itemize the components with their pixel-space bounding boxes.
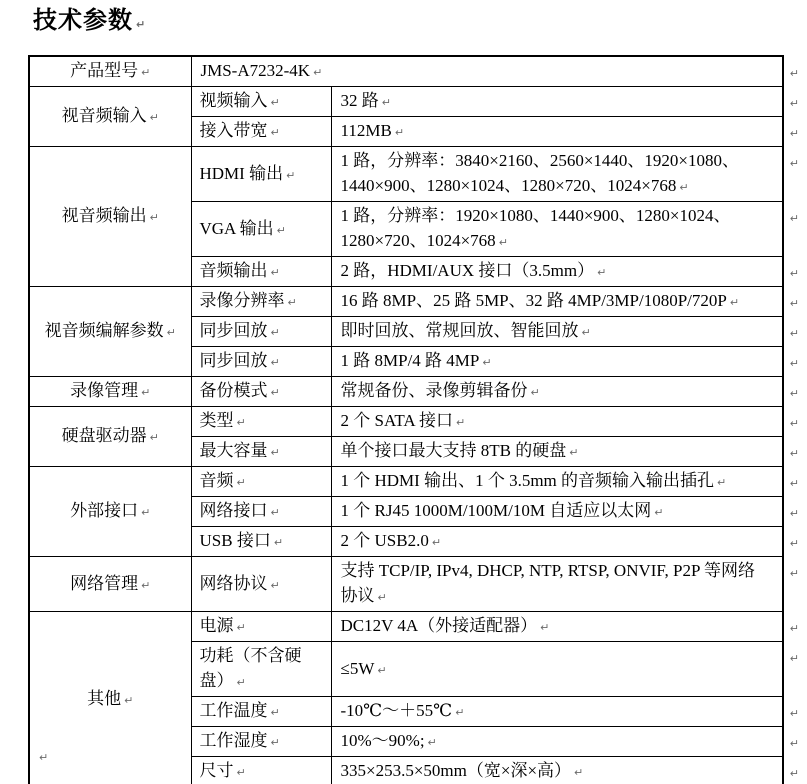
paragraph-mark-icon: ↵ — [271, 356, 280, 369]
param-cell: 音频输出↵ — [191, 257, 331, 287]
value-text: 32 路 — [341, 91, 379, 110]
paragraph-mark-icon: ↵ — [395, 126, 404, 139]
category-cell: 外部接口↵ — [29, 467, 191, 557]
value-text: 常规备份、录像剪辑备份 — [341, 381, 528, 400]
paragraph-mark-icon: ↵ — [540, 621, 549, 634]
table-row: 外部接口↵ 音频↵ 1 个 HDMI 输出、1 个 3.5mm 的音频输入输出插… — [29, 467, 783, 497]
paragraph-mark-icon: ↵ — [141, 506, 150, 519]
category-label: 硬盘驱动器 — [62, 426, 147, 445]
category-label: 其他 — [87, 689, 121, 708]
value-cell: 即时回放、常规回放、智能回放↵↵ — [331, 317, 783, 347]
row-end-mark-icon: ↵ — [790, 321, 799, 346]
param-cell: 最大容量↵ — [191, 437, 331, 467]
table-row: 视音频输入↵ 视频输入↵ 32 路↵↵ — [29, 87, 783, 117]
table-row: 视音频输出↵ HDMI 输出↵ 1 路，分辨率：3840×2160、2560×1… — [29, 147, 783, 202]
paragraph-mark-icon: ↵ — [150, 211, 159, 224]
row-end-mark-icon: ↵ — [790, 646, 799, 671]
value-text: 1 个 HDMI 输出、1 个 3.5mm 的音频输入输出插孔 — [341, 471, 715, 490]
value-cell: 16 路 8MP、25 路 5MP、32 路 4MP/3MP/1080P/720… — [331, 287, 783, 317]
param-label: 工作温度 — [200, 701, 268, 720]
paragraph-mark-icon: ↵ — [730, 296, 739, 309]
value-text: 1 路 8MP/4 路 4MP — [341, 351, 480, 370]
paragraph-mark-icon: ↵ — [271, 446, 280, 459]
param-cell: 录像分辨率↵ — [191, 287, 331, 317]
paragraph-mark-icon: ↵ — [597, 266, 606, 279]
paragraph-mark-icon: ↵ — [141, 66, 150, 79]
row-end-mark-icon: ↵ — [790, 61, 799, 86]
table-row: 产品型号↵ JMS-A7232-4K↵↵ — [29, 56, 783, 87]
param-label: 网络协议 — [200, 574, 268, 593]
value-cell: 常规备份、录像剪辑备份↵↵ — [331, 377, 783, 407]
paragraph-mark-icon: ↵ — [237, 621, 246, 634]
paragraph-mark-icon: ↵ — [141, 386, 150, 399]
row-end-mark-icon: ↵ — [790, 701, 799, 726]
value-cell: ≤5W↵↵ — [331, 642, 783, 697]
paragraph-mark-icon: ↵ — [271, 266, 280, 279]
row-end-mark-icon: ↵ — [790, 441, 799, 466]
value-cell: 1 个 HDMI 输出、1 个 3.5mm 的音频输入输出插孔↵↵ — [331, 467, 783, 497]
row-end-mark-icon: ↵ — [790, 291, 799, 316]
paragraph-mark-icon: ↵ — [271, 506, 280, 519]
paragraph-mark-icon: ↵ — [499, 236, 508, 249]
param-label: 录像分辨率 — [200, 291, 285, 310]
category-cell: 硬盘驱动器↵ — [29, 407, 191, 467]
param-cell: 接入带宽↵ — [191, 117, 331, 147]
paragraph-mark-icon: ↵ — [237, 416, 246, 429]
value-text: DC12V 4A（外接适配器） — [341, 616, 538, 635]
param-cell: VGA 输出↵ — [191, 202, 331, 257]
table-row: 网络管理↵ 网络协议↵ 支持 TCP/IP, IPv4, DHCP, NTP, … — [29, 557, 783, 612]
value-text: 支持 TCP/IP, IPv4, DHCP, NTP, RTSP, ONVIF,… — [341, 561, 756, 605]
param-cell: 同步回放↵ — [191, 347, 331, 377]
page-title: 技术参数↵ — [33, 6, 146, 40]
paragraph-mark-icon: ↵ — [150, 111, 159, 124]
value-cell: 335×253.5×50mm（宽×深×高）↵↵ — [331, 757, 783, 784]
spec-table: 产品型号↵ JMS-A7232-4K↵↵ 视音频输入↵ 视频输入↵ 32 路↵↵… — [28, 55, 784, 784]
param-label: 接入带宽 — [200, 121, 268, 140]
paragraph-mark-icon: ↵ — [286, 169, 295, 182]
paragraph-mark-icon: ↵ — [378, 591, 387, 604]
paragraph-mark-icon: ↵ — [456, 416, 465, 429]
paragraph-mark-icon: ↵ — [654, 506, 663, 519]
paragraph-mark-icon: ↵ — [455, 706, 464, 719]
paragraph-mark-icon: ↵ — [271, 706, 280, 719]
row-end-mark-icon: ↵ — [790, 761, 799, 784]
param-label: VGA 输出 — [200, 219, 274, 238]
row-end-mark-icon: ↵ — [790, 206, 799, 231]
category-label: 视音频输出 — [62, 206, 147, 225]
value-cell: 支持 TCP/IP, IPv4, DHCP, NTP, RTSP, ONVIF,… — [331, 557, 783, 612]
param-cell: 电源↵ — [191, 612, 331, 642]
param-label: 尺寸 — [200, 761, 234, 780]
paragraph-mark-icon: ↵ — [167, 326, 176, 339]
category-cell: 产品型号↵ — [29, 56, 191, 87]
paragraph-mark-icon: ↵ — [574, 766, 583, 779]
param-cell: 功耗（不含硬盘）↵ — [191, 642, 331, 697]
category-label: 外部接口 — [70, 501, 138, 520]
value-cell: -10℃～＋55℃↵↵ — [331, 697, 783, 727]
param-cell: 网络接口↵ — [191, 497, 331, 527]
category-label: 录像管理 — [70, 381, 138, 400]
param-label: 音频输出 — [200, 261, 268, 280]
category-cell: 网络管理↵ — [29, 557, 191, 612]
param-cell: USB 接口↵ — [191, 527, 331, 557]
paragraph-mark-icon: ↵ — [569, 446, 578, 459]
table-row: 其他↵ 电源↵ DC12V 4A（外接适配器）↵↵ — [29, 612, 783, 642]
value-cell: 单个接口最大支持 8TB 的硬盘↵↵ — [331, 437, 783, 467]
param-label: 工作湿度 — [200, 731, 268, 750]
value-text: 1 路，分辨率：1920×1080、1440×900、1280×1024、128… — [341, 206, 731, 250]
param-label: 最大容量 — [200, 441, 268, 460]
paragraph-mark-icon: ↵ — [531, 386, 540, 399]
row-end-mark-icon: ↵ — [790, 261, 799, 286]
row-end-mark-icon: ↵ — [790, 731, 799, 756]
row-end-mark-icon: ↵ — [790, 91, 799, 116]
table-row: 录像管理↵ 备份模式↵ 常规备份、录像剪辑备份↵↵ — [29, 377, 783, 407]
category-cell: 视音频输出↵ — [29, 147, 191, 287]
page-title-text: 技术参数 — [33, 8, 133, 34]
row-end-mark-icon: ↵ — [790, 616, 799, 641]
paragraph-mark-icon: ↵ — [717, 476, 726, 489]
paragraph-mark-icon: ↵ — [237, 766, 246, 779]
value-text: 即时回放、常规回放、智能回放 — [341, 321, 579, 340]
document-page: 技术参数↵ 产品型号↵ JMS-A7232-4K↵↵ 视音频输入↵ 视频输入↵ … — [0, 0, 807, 784]
param-label: 备份模式 — [200, 381, 268, 400]
paragraph-mark-icon: ↵ — [271, 96, 280, 109]
row-end-mark-icon: ↵ — [790, 411, 799, 436]
paragraph-mark-icon: ↵ — [377, 664, 386, 677]
paragraph-mark-icon: ↵ — [271, 126, 280, 139]
paragraph-mark-icon: ↵ — [141, 579, 150, 592]
param-cell: 类型↵ — [191, 407, 331, 437]
paragraph-mark-icon: ↵ — [271, 386, 280, 399]
value-text: 2 个 SATA 接口 — [341, 411, 453, 430]
paragraph-mark-icon: ↵ — [271, 736, 280, 749]
table-row: 视音频编解参数↵ 录像分辨率↵ 16 路 8MP、25 路 5MP、32 路 4… — [29, 287, 783, 317]
value-cell: 10%～90%;↵↵ — [331, 727, 783, 757]
row-end-mark-icon: ↵ — [790, 471, 799, 496]
value-cell: 2 路，HDMI/AUX 接口（3.5mm）↵↵ — [331, 257, 783, 287]
value-cell: 2 个 USB2.0↵↵ — [331, 527, 783, 557]
paragraph-mark-icon: ↵ — [271, 326, 280, 339]
category-label: 网络管理 — [70, 574, 138, 593]
param-cell: 工作温度↵ — [191, 697, 331, 727]
param-label: HDMI 输出 — [200, 164, 284, 183]
paragraph-mark-icon: ↵ — [39, 751, 48, 764]
paragraph-mark-icon: ↵ — [150, 431, 159, 444]
param-cell: 视频输入↵ — [191, 87, 331, 117]
value-text: ≤5W — [341, 659, 375, 678]
paragraph-mark-icon: ↵ — [428, 736, 437, 749]
paragraph-mark-icon: ↵ — [482, 356, 491, 369]
value-text: 2 个 USB2.0 — [341, 531, 429, 550]
param-label: 电源 — [200, 616, 234, 635]
value-cell: 1 个 RJ45 1000M/100M/10M 自适应以太网↵↵ — [331, 497, 783, 527]
param-cell: 尺寸↵ — [191, 757, 331, 784]
paragraph-mark-icon: ↵ — [582, 326, 591, 339]
category-cell: 其他↵ — [29, 612, 191, 784]
param-label: 视频输入 — [200, 91, 268, 110]
value-cell: 112MB↵↵ — [331, 117, 783, 147]
category-label: 产品型号 — [70, 61, 138, 80]
param-cell: 备份模式↵ — [191, 377, 331, 407]
param-label: 同步回放 — [200, 351, 268, 370]
paragraph-mark-icon: ↵ — [274, 536, 283, 549]
category-label: 视音频输入 — [62, 106, 147, 125]
param-label: 音频 — [200, 471, 234, 490]
table-row: 硬盘驱动器↵ 类型↵ 2 个 SATA 接口↵↵ — [29, 407, 783, 437]
value-text: 1 个 RJ45 1000M/100M/10M 自适应以太网 — [341, 501, 652, 520]
paragraph-mark-icon: ↵ — [237, 476, 246, 489]
paragraph-mark-icon: ↵ — [124, 694, 133, 707]
value-text: 10%～90%; — [341, 731, 425, 750]
param-label: 类型 — [200, 411, 234, 430]
row-end-mark-icon: ↵ — [790, 531, 799, 556]
paragraph-mark-icon: ↵ — [288, 296, 297, 309]
value-text: 16 路 8MP、25 路 5MP、32 路 4MP/3MP/1080P/720… — [341, 291, 727, 310]
value-text: 2 路，HDMI/AUX 接口（3.5mm） — [341, 261, 595, 280]
param-cell: 工作湿度↵ — [191, 727, 331, 757]
paragraph-mark-icon: ↵ — [237, 676, 246, 689]
category-cell: 视音频输入↵ — [29, 87, 191, 147]
paragraph-mark-icon: ↵ — [136, 18, 146, 31]
category-label: 视音频编解参数 — [45, 321, 164, 340]
value-text: 单个接口最大支持 8TB 的硬盘 — [341, 441, 567, 460]
value-cell: 1 路，分辨率：3840×2160、2560×1440、1920×1080、14… — [331, 147, 783, 202]
value-cell: JMS-A7232-4K↵↵ — [191, 56, 783, 87]
paragraph-mark-icon: ↵ — [277, 224, 286, 237]
value-cell: DC12V 4A（外接适配器）↵↵ — [331, 612, 783, 642]
value-text: JMS-A7232-4K — [201, 61, 311, 80]
row-end-mark-icon: ↵ — [790, 351, 799, 376]
param-cell: 同步回放↵ — [191, 317, 331, 347]
value-text: 335×253.5×50mm（宽×深×高） — [341, 761, 572, 780]
value-cell: 32 路↵↵ — [331, 87, 783, 117]
category-cell: 录像管理↵ — [29, 377, 191, 407]
row-end-mark-icon: ↵ — [790, 501, 799, 526]
param-cell: HDMI 输出↵ — [191, 147, 331, 202]
paragraph-mark-icon: ↵ — [313, 66, 322, 79]
param-label: 网络接口 — [200, 501, 268, 520]
value-cell: 1 路，分辨率：1920×1080、1440×900、1280×1024、128… — [331, 202, 783, 257]
paragraph-mark-icon: ↵ — [679, 181, 688, 194]
value-text: -10℃～＋55℃ — [341, 701, 453, 720]
paragraph-mark-icon: ↵ — [382, 96, 391, 109]
row-end-mark-icon: ↵ — [790, 381, 799, 406]
value-cell: 1 路 8MP/4 路 4MP↵↵ — [331, 347, 783, 377]
param-cell: 音频↵ — [191, 467, 331, 497]
value-cell: 2 个 SATA 接口↵↵ — [331, 407, 783, 437]
category-cell: 视音频编解参数↵ — [29, 287, 191, 377]
after-table-paragraph: ↵ — [36, 748, 48, 766]
row-end-mark-icon: ↵ — [790, 121, 799, 146]
param-label: USB 接口 — [200, 531, 271, 550]
param-label: 同步回放 — [200, 321, 268, 340]
param-cell: 网络协议↵ — [191, 557, 331, 612]
row-end-mark-icon: ↵ — [790, 151, 799, 176]
param-label: 功耗（不含硬盘） — [200, 646, 302, 690]
value-text: 112MB — [341, 121, 392, 140]
row-end-mark-icon: ↵ — [790, 561, 799, 586]
paragraph-mark-icon: ↵ — [432, 536, 441, 549]
paragraph-mark-icon: ↵ — [271, 579, 280, 592]
